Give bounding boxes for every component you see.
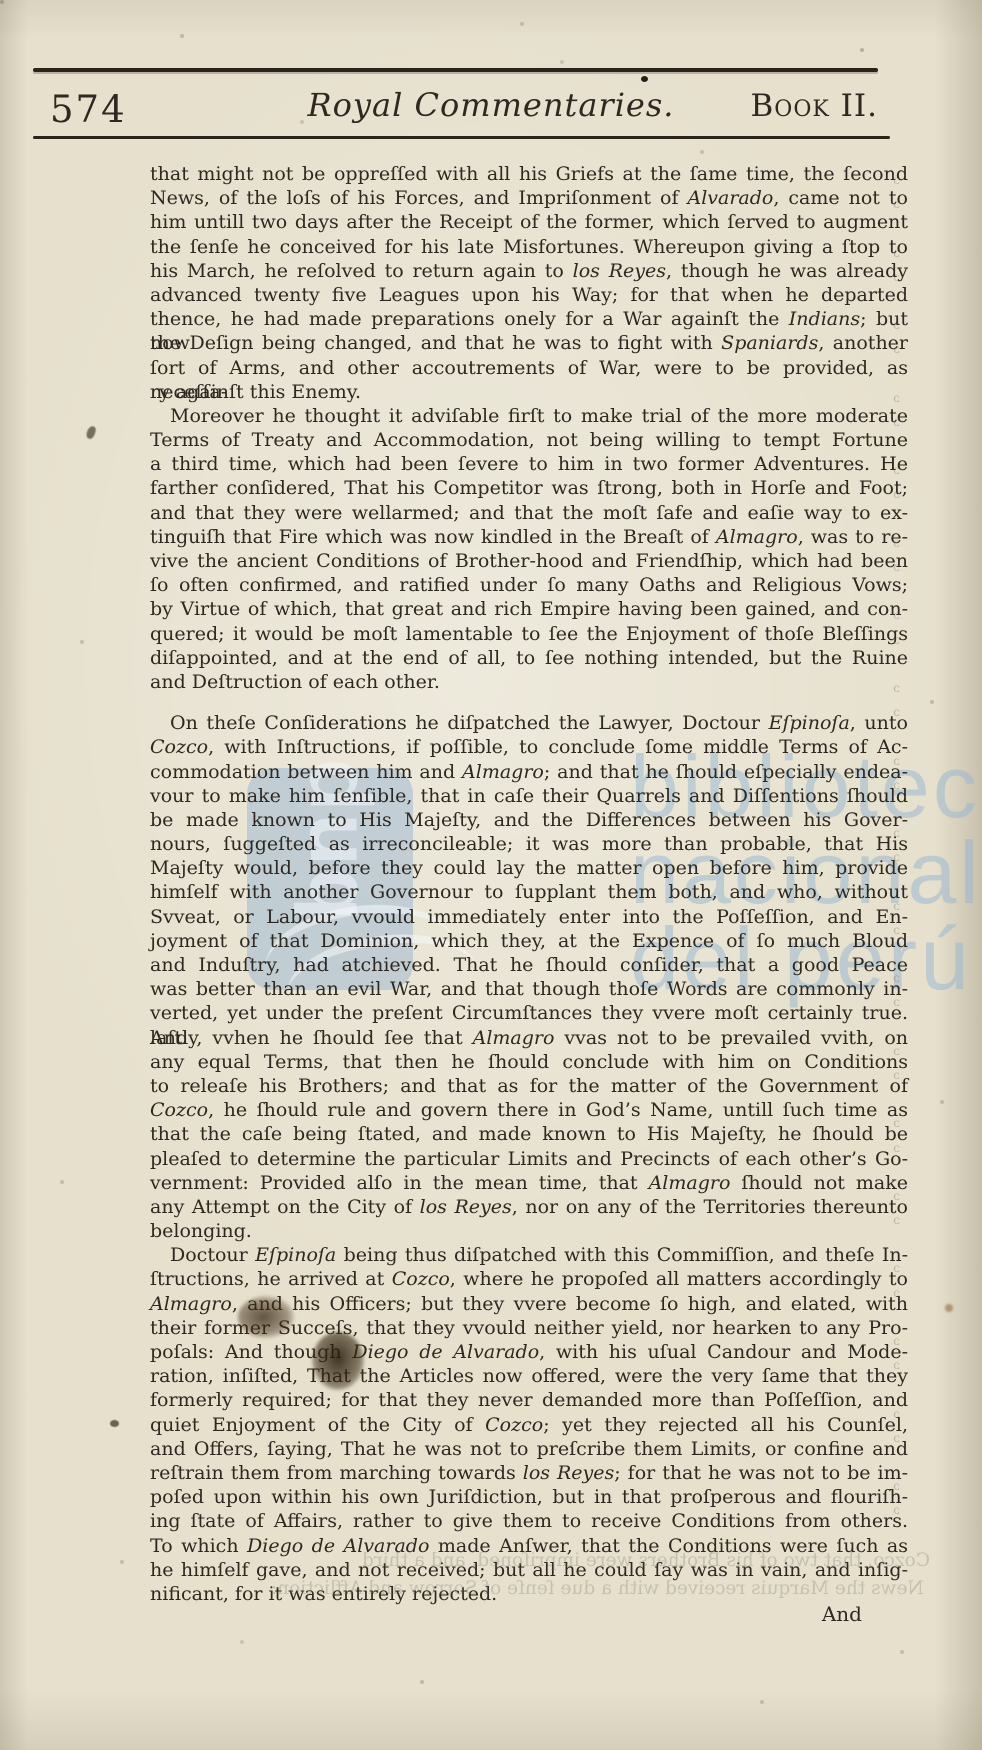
text-line: ſo often confirmed, and ratified under ſ… xyxy=(150,573,908,597)
text-line: and Induſtry, had atchieved. That he ſho… xyxy=(150,953,908,977)
italic-name: Almagro xyxy=(462,761,544,783)
showthrough-mark: ɔ xyxy=(880,386,900,410)
italic-name: Alvarado xyxy=(687,187,773,209)
verso-showthrough-line: Cozco, that two of his Brothers were imp… xyxy=(362,1550,930,1571)
showthrough-mark: ɔ xyxy=(880,1039,900,1063)
showthrough-mark xyxy=(880,1232,900,1256)
text-line: ing ſtate of Affairs, rather to give the… xyxy=(150,1509,908,1533)
showthrough-mark: ɔ xyxy=(880,894,900,918)
showthrough-mark: ɔ xyxy=(880,265,900,289)
italic-name: Almagro xyxy=(649,1172,731,1194)
showthrough-mark: ɔ xyxy=(880,1136,900,1160)
text-line: any equal Terms, that then he ſhould con… xyxy=(150,1050,908,1074)
text-line: verted, yet under the preſent Circumſtan… xyxy=(150,1001,908,1025)
showthrough-mark xyxy=(880,869,900,893)
italic-name: Cozco xyxy=(485,1414,543,1436)
italic-name: los Reyes xyxy=(573,260,666,282)
text-line: vive the ancient Conditions of Brother-h… xyxy=(150,549,908,573)
showthrough-mark: ɔ xyxy=(880,1184,900,1208)
italic-name: Indians xyxy=(789,308,860,330)
showthrough-mark: ɔ xyxy=(880,241,900,265)
showthrough-mark: ɔ xyxy=(880,1353,900,1377)
catchword: And xyxy=(150,1602,908,1626)
text-line: poſed upon within his own Juriſdiction, … xyxy=(150,1485,908,1509)
text-line: poſals: And though Diego de Alvarado, wi… xyxy=(150,1340,908,1364)
text-line: Cozco, with Inſtructions, if poſſible, t… xyxy=(150,735,908,759)
margin-ink-mark xyxy=(110,1420,119,1427)
showthrough-mark xyxy=(880,1305,900,1329)
italic-name: los Reyes xyxy=(420,1196,512,1218)
showthrough-mark: ɔ xyxy=(880,192,900,216)
text-line: diſappointed, and at the end of all, to … xyxy=(150,646,908,670)
text-line: tinguiſh that Fire which was now kindled… xyxy=(150,525,908,549)
ink-blot xyxy=(312,1332,364,1390)
italic-name: Diego de Alvarado xyxy=(352,1341,539,1363)
text-line: laſtly, vvhen he ſhould ſee that Almagro… xyxy=(150,1026,908,1050)
margin-ink-mark xyxy=(85,425,97,440)
text-line: him untill two days after the Receipt of… xyxy=(150,210,908,234)
text-line: ration, inſiſted, That the Articles now … xyxy=(150,1364,908,1388)
showthrough-mark: ɔ xyxy=(880,1474,900,1498)
showthrough-mark xyxy=(880,1015,900,1039)
italic-name: Eſpinoſa xyxy=(255,1244,336,1266)
showthrough-mark xyxy=(880,1377,900,1401)
text-line: commodation between him and Almagro; and… xyxy=(150,760,908,784)
text-line: pleaſed to determine the particular Limi… xyxy=(150,1147,908,1171)
text-line: farther conſidered, That his Competitor … xyxy=(150,476,908,500)
text-line: Cozco, he ſhould rule and govern there i… xyxy=(150,1098,908,1122)
italic-name: Spaniards xyxy=(721,332,818,354)
text-line: formerly required; for that they never d… xyxy=(150,1388,908,1412)
showthrough-mark: ɔ xyxy=(880,1281,900,1305)
showthrough-mark: ɔ xyxy=(880,918,900,942)
text-line: joyment of that Dominion, which they, at… xyxy=(150,929,908,953)
showthrough-mark xyxy=(880,942,900,966)
italic-name: Cozco xyxy=(392,1268,450,1290)
showthrough-mark: ɔ xyxy=(880,313,900,337)
italic-name: Cozco xyxy=(150,736,208,758)
showthrough-mark: ɔ xyxy=(880,1498,900,1522)
ink-speck xyxy=(641,76,648,82)
text-line: nours, ſuggeſted as irreconcileable; it … xyxy=(150,832,908,856)
body-column: that might not be oppreſſed with all his… xyxy=(150,162,908,1606)
showthrough-mark: ɔ xyxy=(880,749,900,773)
showthrough-mark xyxy=(880,1450,900,1474)
showthrough-mark: ɔ xyxy=(880,773,900,797)
text-line: himſelf with another Governour to ſuppla… xyxy=(150,880,908,904)
showthrough-mark: ɔ xyxy=(880,410,900,434)
text-line: the Deſign being changed, and that he wa… xyxy=(150,331,908,355)
text-line: and Deſtruction of each other. xyxy=(150,670,908,694)
text-line: On theſe Conſiderations he diſpatched th… xyxy=(150,711,908,735)
showthrough-mark: ɔ xyxy=(880,1256,900,1280)
showthrough-mark xyxy=(880,797,900,821)
text-line: thence, he had made preparations onely f… xyxy=(150,307,908,331)
showthrough-mark xyxy=(880,652,900,676)
text-line: that the caſe being ſtated, and made kno… xyxy=(150,1122,908,1146)
showthrough-mark: ɔ xyxy=(880,531,900,555)
showthrough-mark xyxy=(880,579,900,603)
showthrough-mark: ɔ xyxy=(880,676,900,700)
header-rule-top xyxy=(33,68,878,72)
italic-name: Cozco xyxy=(150,1099,208,1121)
showthrough-mark: ɔ xyxy=(880,555,900,579)
showthrough-mark xyxy=(880,1087,900,1111)
text-line: Majeſty would, before they could lay the… xyxy=(150,856,908,880)
showthrough-mark xyxy=(880,724,900,748)
showthrough-mark: ɔ xyxy=(880,482,900,506)
showthrough-mark: ɔ xyxy=(880,1426,900,1450)
showthrough-mark: ɔ xyxy=(880,458,900,482)
text-line: Doctour Eſpinoſa being thus diſpatched w… xyxy=(150,1243,908,1267)
text-line: to releaſe his Brothers; and that as for… xyxy=(150,1074,908,1098)
showthrough-mark xyxy=(880,216,900,240)
showthrough-mark xyxy=(880,507,900,531)
verso-showthrough-line: News the Marquis received with a due ſen… xyxy=(271,1578,924,1599)
text-line: was better than an evil War, and that th… xyxy=(150,977,908,1001)
margin-showthrough: ɔɔɔɔɔɔɔɔɔɔɔɔɔɔɔɔɔɔɔɔɔɔɔɔɔɔɔɔɔɔɔɔɔɔɔɔɔɔ xyxy=(880,168,900,1523)
text-line: ry againſt this Enemy. xyxy=(150,380,908,404)
header-rule-bottom xyxy=(33,136,890,139)
text-line: advanced twenty five Leagues upon his Wa… xyxy=(150,283,908,307)
ink-blot xyxy=(238,1296,294,1338)
text-line: that might not be oppreſſed with all his… xyxy=(150,162,908,186)
showthrough-mark: ɔ xyxy=(880,1111,900,1135)
showthrough-mark xyxy=(880,1160,900,1184)
italic-name: Eſpinoſa xyxy=(769,712,850,734)
text-line: and Offers, ſaying, That he was not to p… xyxy=(150,1437,908,1461)
paper-specks xyxy=(0,0,4,4)
showthrough-mark: ɔ xyxy=(880,821,900,845)
text-line: Moreover he thought it adviſable firſt t… xyxy=(150,404,908,428)
text-line: his March, he reſolved to return again t… xyxy=(150,259,908,283)
text-line: vour to make him ſenſible, that in caſe … xyxy=(150,784,908,808)
showthrough-mark: ɔ xyxy=(880,168,900,192)
paragraph: On theſe Conſiderations he diſpatched th… xyxy=(150,711,908,1243)
book-page-scan: bnp biblioteca nacional del perú 574 Roy… xyxy=(0,0,982,1750)
text-line: vernment: Provided alſo in the mean time… xyxy=(150,1171,908,1195)
italic-name: los Reyes xyxy=(523,1462,615,1484)
italic-name: Almagro xyxy=(716,526,798,548)
showthrough-mark xyxy=(880,362,900,386)
italic-name: Almagro xyxy=(150,1293,232,1315)
text-line: reſtrain them from marching towards los … xyxy=(150,1461,908,1485)
showthrough-mark: ɔ xyxy=(880,845,900,869)
text-line: be made known to His Majeſty, and the Di… xyxy=(150,808,908,832)
showthrough-mark xyxy=(880,434,900,458)
showthrough-mark: ɔ xyxy=(880,1402,900,1426)
text-line: Terms of Treaty and Accommodation, not b… xyxy=(150,428,908,452)
text-line: quered; it would be moſt lamentable to ſ… xyxy=(150,622,908,646)
paragraph: Moreover he thought it adviſable firſt t… xyxy=(150,404,908,694)
showthrough-mark: ɔ xyxy=(880,337,900,361)
foxing-spot xyxy=(945,1304,953,1312)
showthrough-mark: ɔ xyxy=(880,1063,900,1087)
showthrough-mark: ɔ xyxy=(880,1329,900,1353)
italic-name: Almagro xyxy=(473,1027,555,1049)
text-line: a third time, which had been ſevere to h… xyxy=(150,452,908,476)
text-line: belonging. xyxy=(150,1219,908,1243)
showthrough-mark: ɔ xyxy=(880,966,900,990)
text-line: ſort of Arms, and other accoutrements of… xyxy=(150,356,908,380)
text-line: any Attempt on the City of los Reyes, no… xyxy=(150,1195,908,1219)
text-line: and that they were wellarmed; and that t… xyxy=(150,501,908,525)
showthrough-mark: ɔ xyxy=(880,628,900,652)
text-line: ſtructions, he arrived at Cozco, where h… xyxy=(150,1267,908,1291)
book-label: Book II. xyxy=(751,88,879,124)
showthrough-mark: ɔ xyxy=(880,603,900,627)
showthrough-mark: ɔ xyxy=(880,1208,900,1232)
text-line: quiet Enjoyment of the City of Cozco; ye… xyxy=(150,1413,908,1437)
showthrough-mark xyxy=(880,289,900,313)
showthrough-mark: ɔ xyxy=(880,700,900,724)
text-line: Svveat, or Labour, vvould immediately en… xyxy=(150,905,908,929)
text-line: the ſenſe he conceived for his late Misf… xyxy=(150,235,908,259)
text-line: News, of the loſs of his Forces, and Imp… xyxy=(150,186,908,210)
paragraph: that might not be oppreſſed with all his… xyxy=(150,162,908,404)
showthrough-mark: ɔ xyxy=(880,990,900,1014)
text-line: by Virtue of which, that great and rich … xyxy=(150,597,908,621)
